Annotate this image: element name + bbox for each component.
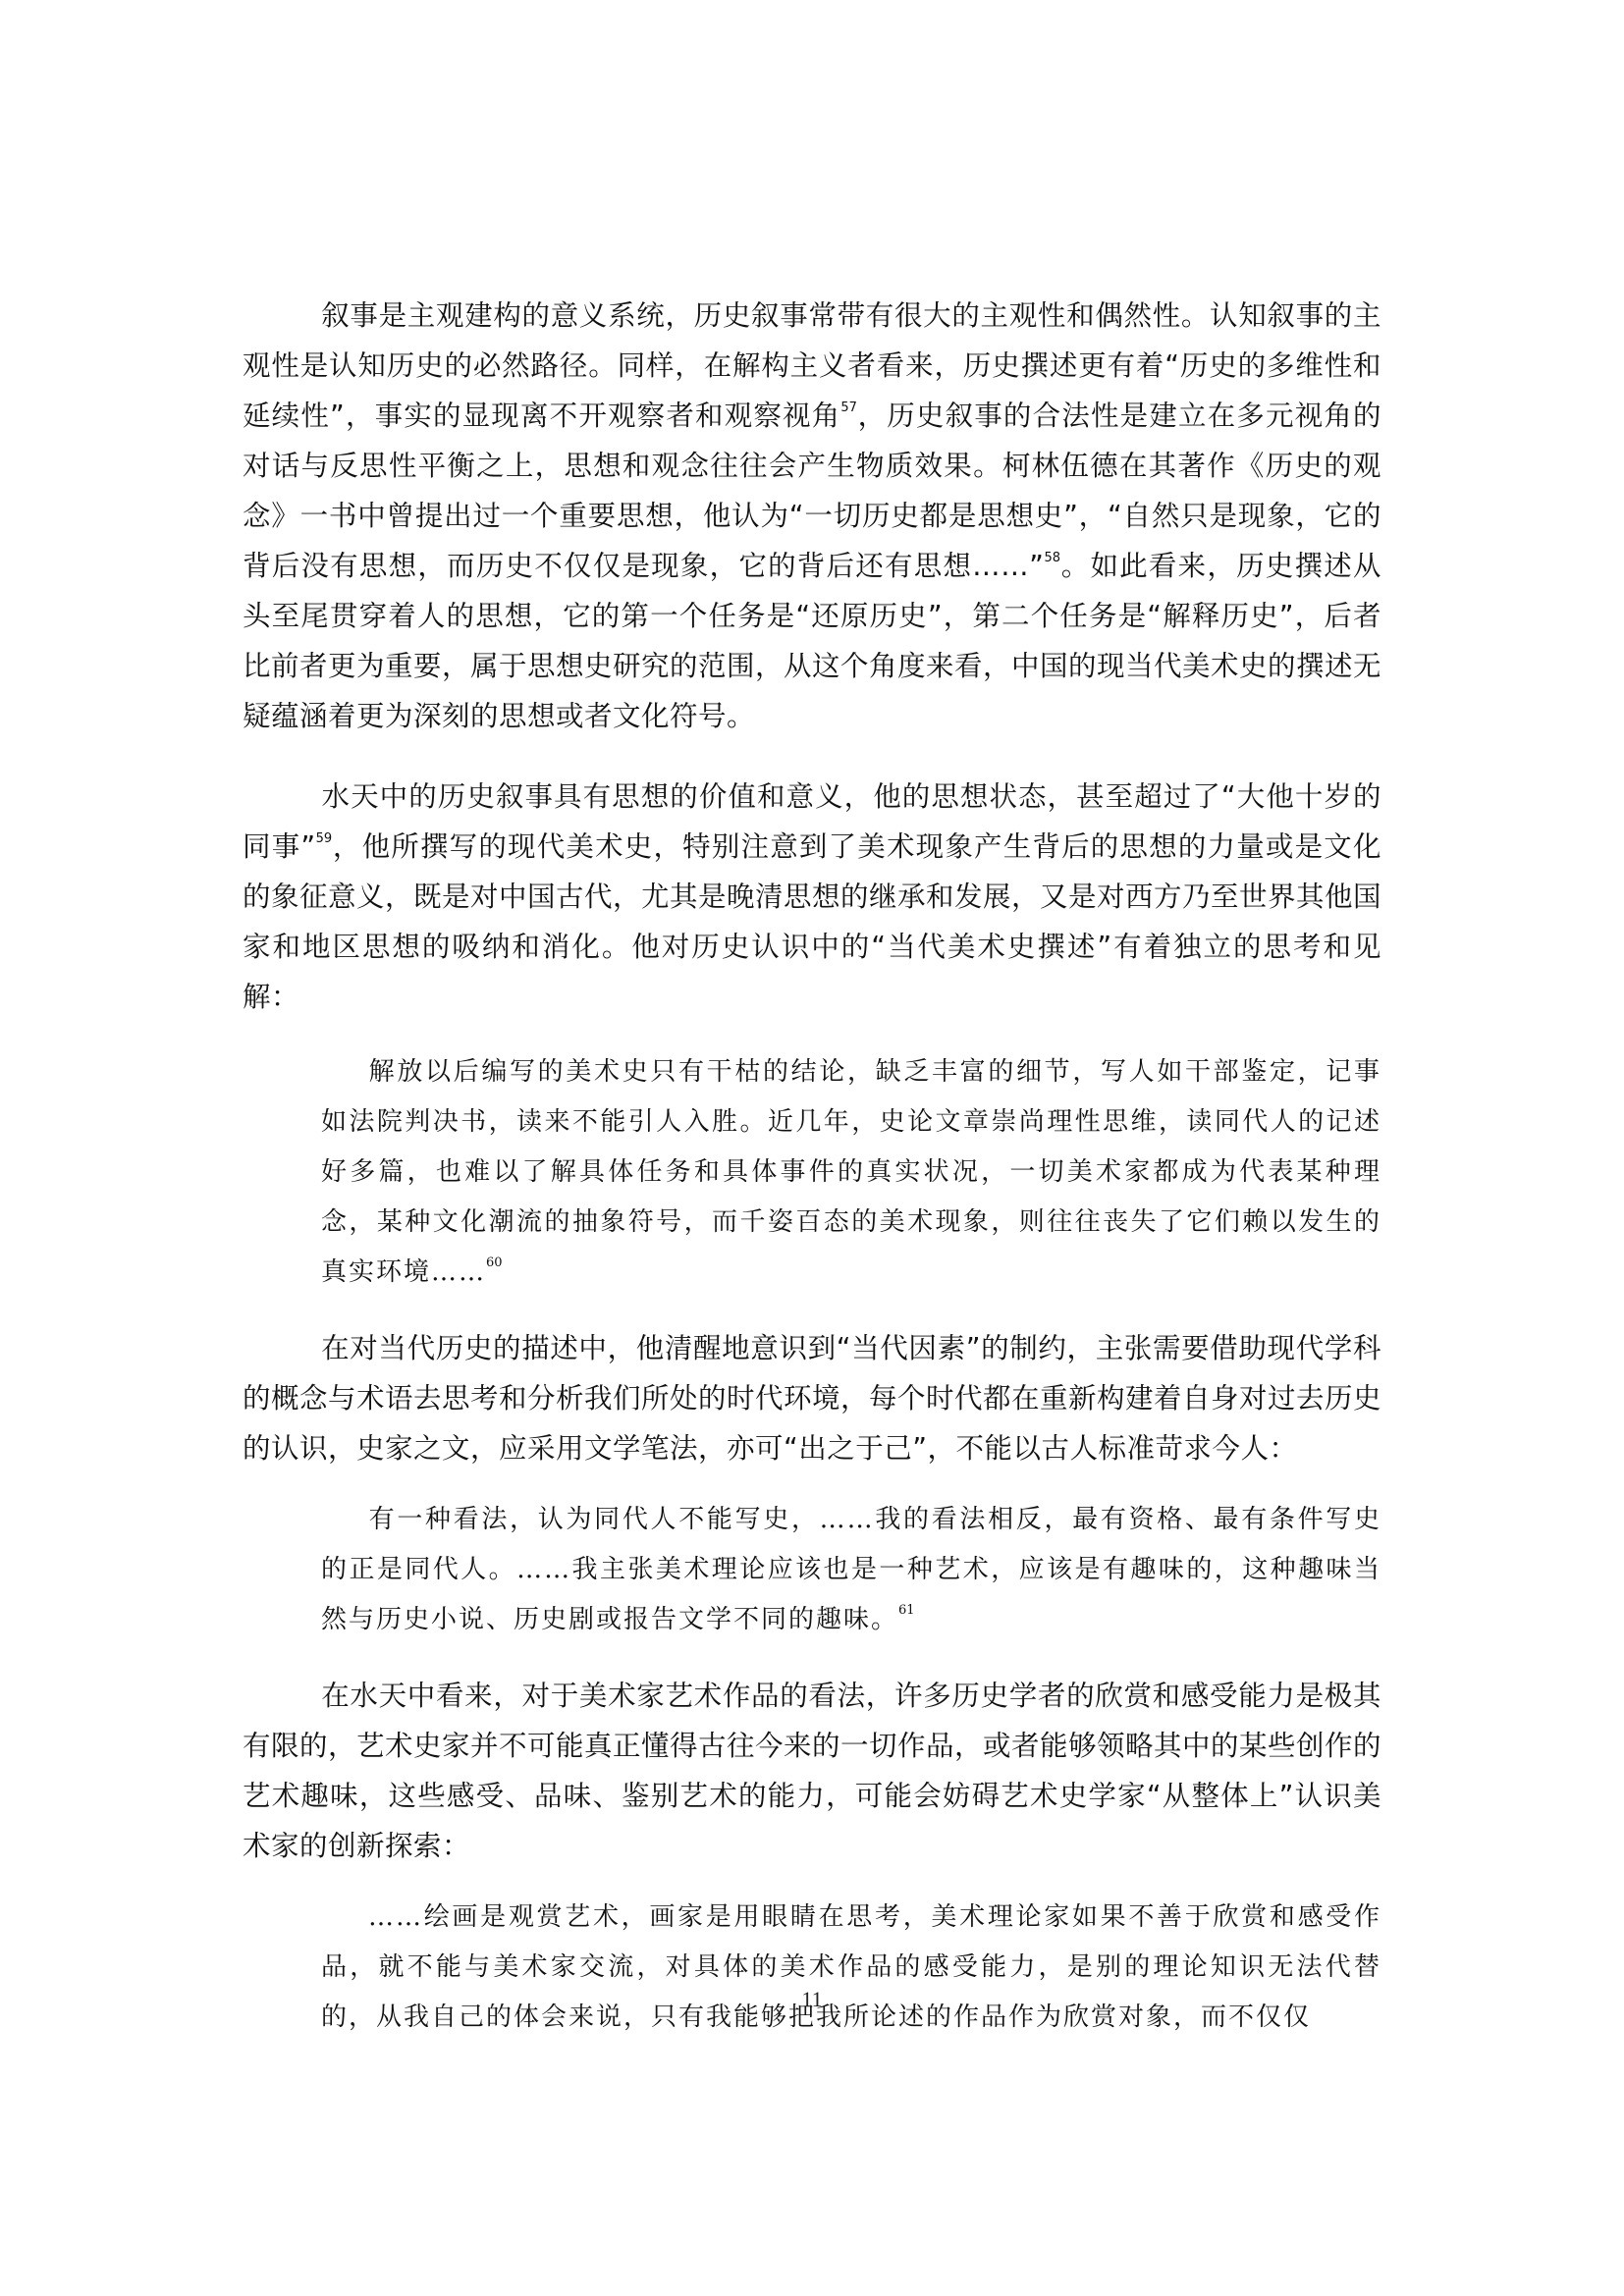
paragraph-contemporary-factors: 在对当代历史的描述中，他清醒地意识到“当代因素”的制约，主张需要借助现代学科的概… (243, 1323, 1381, 1473)
page-number: 11 (0, 1987, 1624, 2012)
footnote-ref-61[interactable]: 61 (898, 1603, 915, 1618)
block-quote-painting-visual-art: ……绘画是观赏艺术，画家是用眼睛在思考，美术理论家如果不善于欣赏和感受作品，就不… (321, 1893, 1381, 2043)
paragraph-text: ，他所撰写的现代美术史，特别注意到了美术现象产生背后的思想的力量或是文化的象征意… (243, 830, 1381, 1013)
paragraph-appreciation-ability: 在水天中看来，对于美术家艺术作品的看法，许多历史学者的欣赏和感受能力是极其有限的… (243, 1671, 1381, 1871)
quote-text: ……绘画是观赏艺术，画家是用眼睛在思考，美术理论家如果不善于欣赏和感受作品，就不… (321, 1902, 1381, 2032)
paragraph-shui-tianzhong-thought: 水天中的历史叙事具有思想的价值和意义，他的思想状态，甚至超过了“大他十岁的同事”… (243, 772, 1381, 1022)
document-body: 叙事是主观建构的意义系统，历史叙事常带有很大的主观性和偶然性。认知叙事的主观性是… (243, 291, 1381, 2068)
footnote-ref-60[interactable]: 60 (486, 1255, 503, 1270)
footnote-ref-59[interactable]: 59 (316, 831, 333, 846)
paragraph-text: 在对当代历史的描述中，他清醒地意识到“当代因素”的制约，主张需要借助现代学科的概… (243, 1332, 1381, 1465)
paragraph-narrative-subjectivity: 叙事是主观建构的意义系统，历史叙事常带有很大的主观性和偶然性。认知叙事的主观性是… (243, 291, 1381, 741)
footnote-ref-58[interactable]: 58 (1044, 551, 1060, 565)
quote-text: 有一种看法，认为同代人不能写史，……我的看法相反，最有资格、最有条件写史的正是同… (321, 1505, 1381, 1634)
block-quote-contemporaries-write-history: 有一种看法，认为同代人不能写史，……我的看法相反，最有资格、最有条件写史的正是同… (321, 1495, 1381, 1645)
footnote-ref-57[interactable]: 57 (840, 400, 857, 415)
paragraph-text: 在水天中看来，对于美术家艺术作品的看法，许多历史学者的欣赏和感受能力是极其有限的… (243, 1680, 1381, 1862)
block-quote-art-history-writing: 解放以后编写的美术史只有干枯的结论，缺乏丰富的细节，写人如干部鉴定，记事如法院判… (321, 1047, 1381, 1298)
quote-text: 解放以后编写的美术史只有干枯的结论，缺乏丰富的细节，写人如干部鉴定，记事如法院判… (321, 1057, 1381, 1287)
